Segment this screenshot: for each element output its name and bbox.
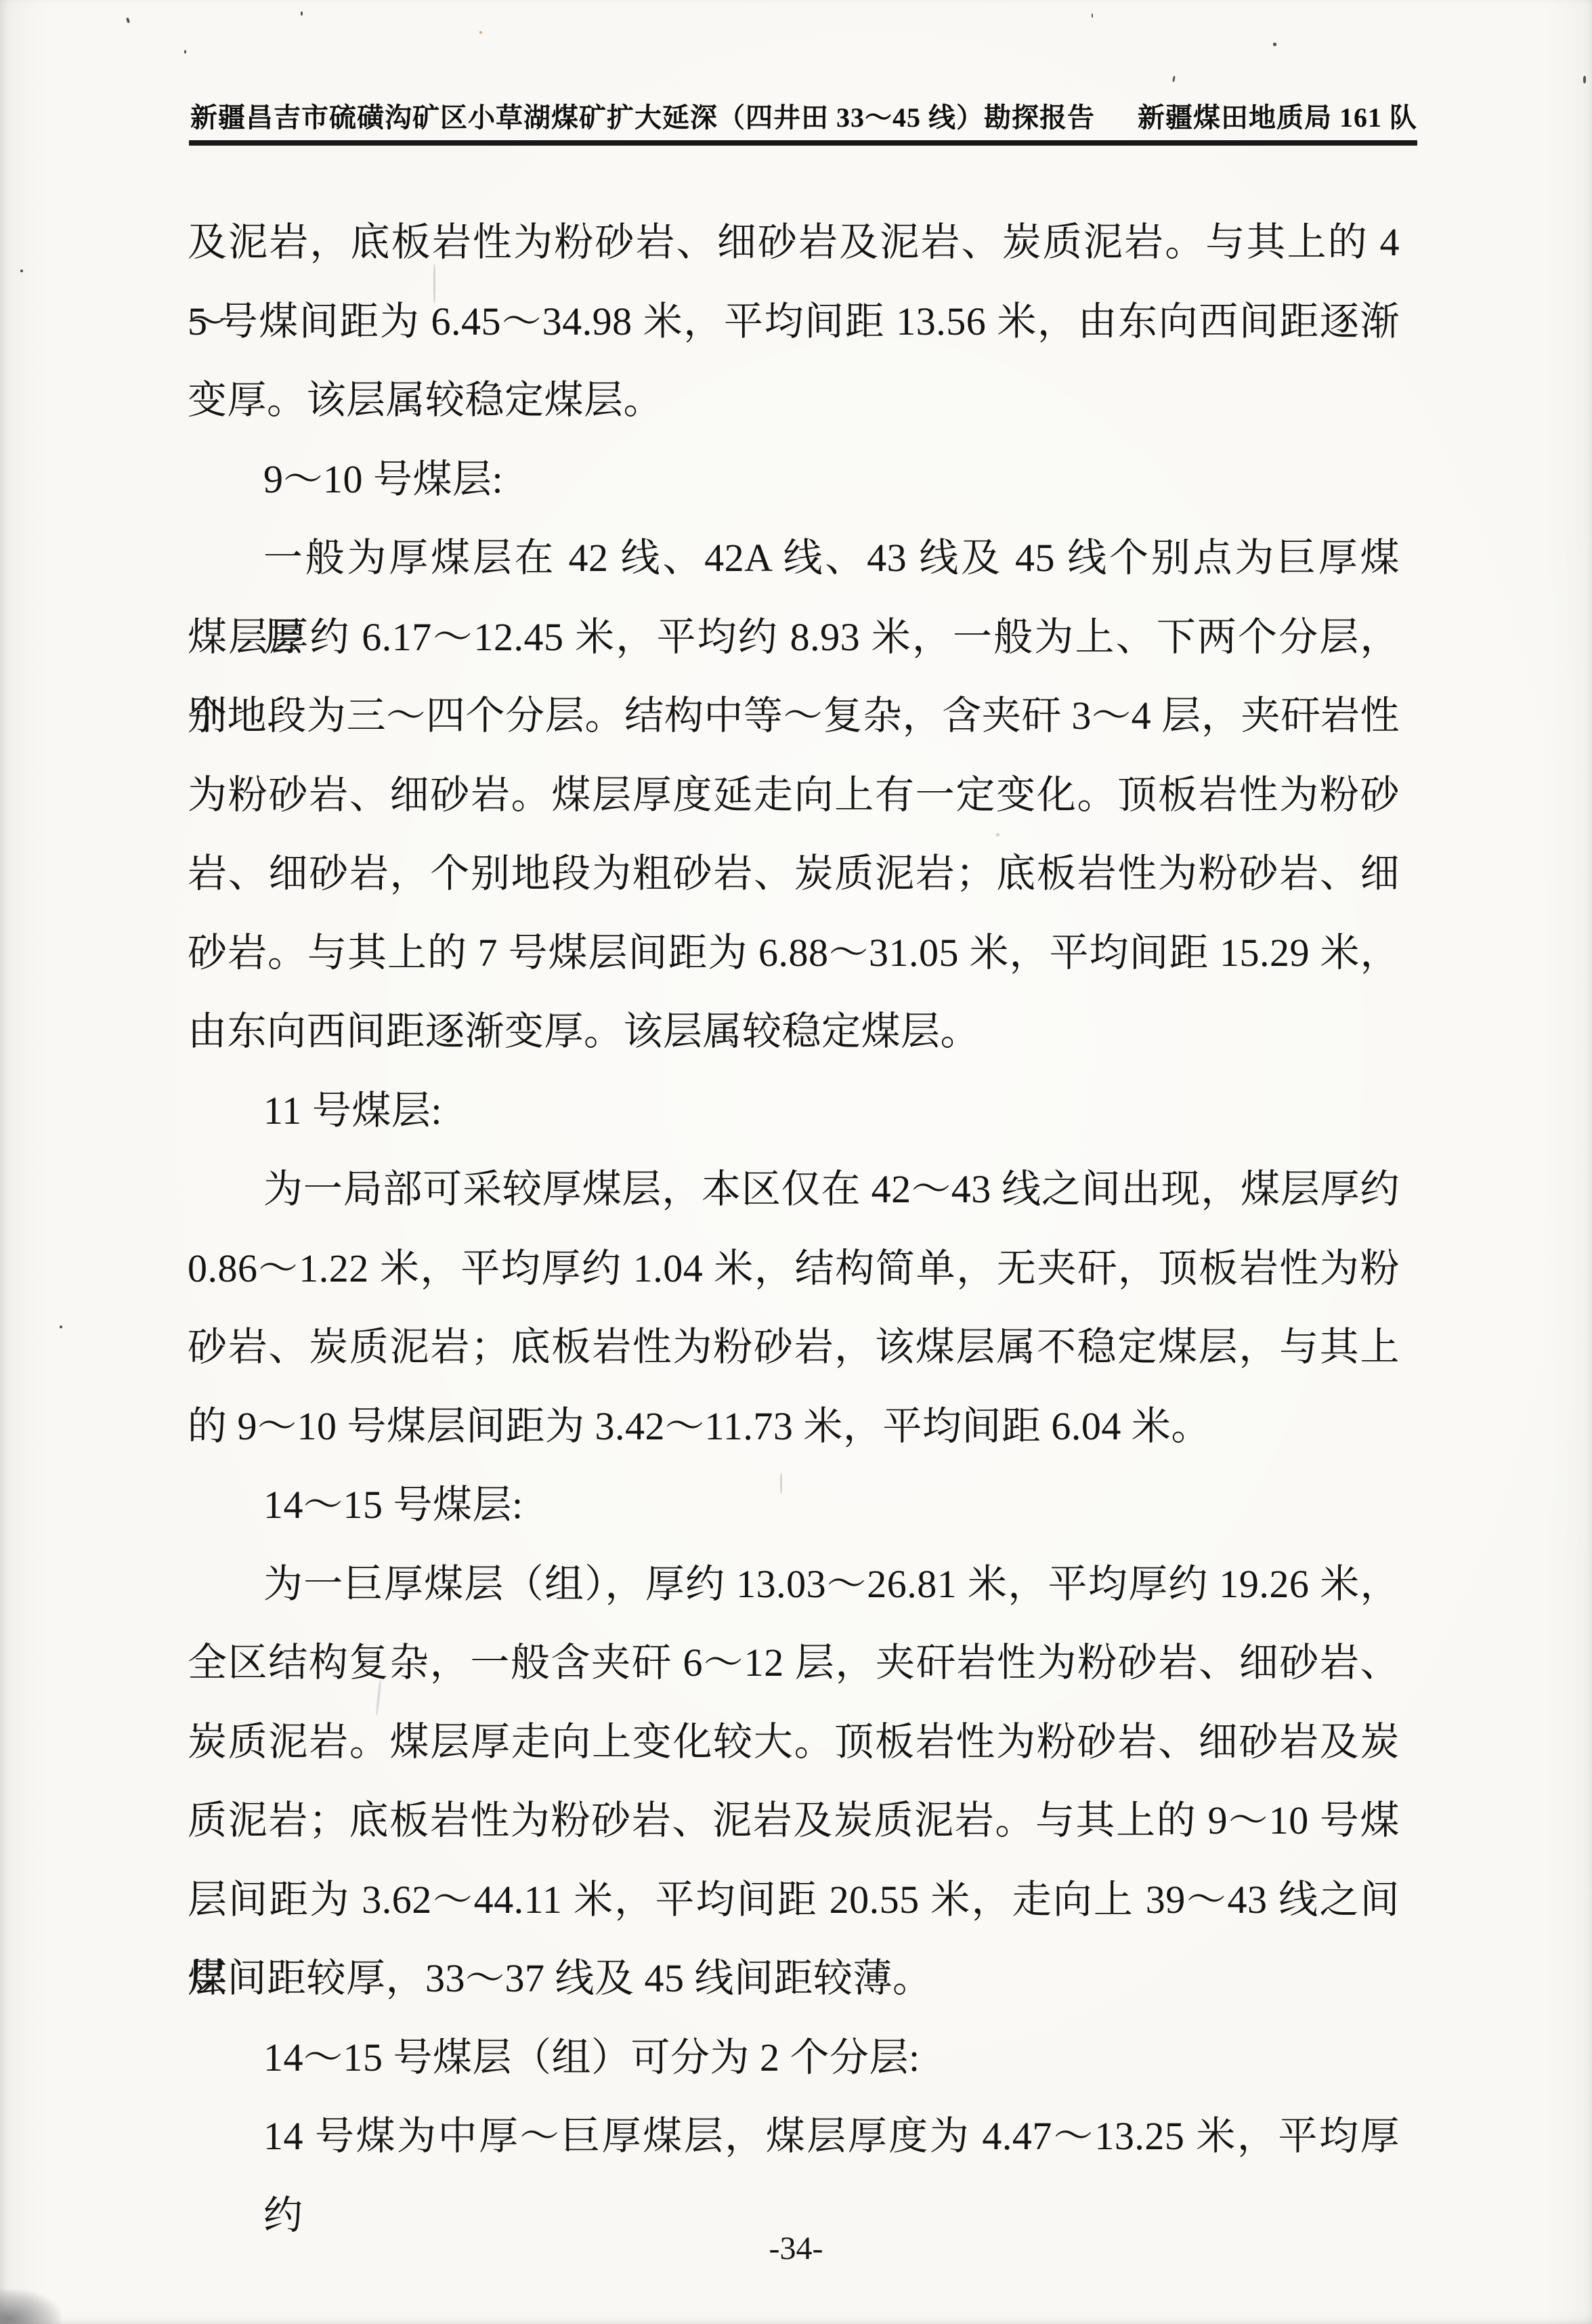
scan-speck (996, 833, 999, 837)
body-line: 岩、细砂岩，个别地段为粗砂岩、炭质泥岩；底板岩性为粉砂岩、细 (188, 834, 1400, 914)
body-line: 砂岩。与其上的 7 号煤层间距为 6.88～31.05 米，平均间距 15.29… (188, 914, 1400, 993)
body-line: 全区结构复杂，一般含夹矸 6～12 层，夹矸岩性为粉砂岩、细砂岩、 (188, 1624, 1400, 1703)
scan-speck (60, 1326, 62, 1328)
body-line: 14 号煤为中厚～巨厚煤层，煤层厚度为 4.47～13.25 米，平均厚约 (188, 2097, 1400, 2176)
body-line: 炭质泥岩。煤层厚走向上变化较大。顶板岩性为粉砂岩、细砂岩及炭 (188, 1703, 1400, 1782)
header-divider (189, 140, 1417, 146)
body-line: 0.86～1.22 米，平均厚约 1.04 米，结构简单，无夹矸，顶板岩性为粉 (188, 1229, 1400, 1309)
scan-speck (1092, 14, 1093, 18)
scan-speck (184, 50, 186, 54)
body-line: 9～10 号煤层: (188, 440, 1400, 520)
body-line: 由东向西间距逐渐变厚。该层属较稳定煤层。 (188, 992, 1400, 1072)
page-header: 新疆昌吉市硫磺沟矿区小草湖煤矿扩大延深（四井田 33～45 线）勘探报告 新疆煤… (190, 100, 1417, 135)
header-organization: 新疆煤田地质局 161 队 (1138, 100, 1417, 135)
scan-streak (433, 264, 435, 303)
body-line: 14～15 号煤层（组）可分为 2 个分层: (188, 2019, 1400, 2098)
body-line: 层间距为 3.62～44.11 米，平均间距 20.55 米，走向上 39～43… (188, 1861, 1400, 1940)
body-line: 变厚。该层属较稳定煤层。 (188, 361, 1400, 440)
page-footer: -34- (0, 2230, 1592, 2268)
body-line: 一般为厚煤层在 42 线、42A 线、43 线及 45 线个别点为巨厚煤层， (188, 519, 1400, 598)
body-line: 层间距较厚，33～37 线及 45 线间距较薄。 (188, 1939, 1400, 2019)
body-line: 及泥岩，底板岩性为粉砂岩、细砂岩及泥岩、炭质泥岩。与其上的 4～ (188, 203, 1400, 282)
body-line: 14～15 号煤层: (188, 1466, 1400, 1545)
body-line: 为粉砂岩、细砂岩。煤层厚度延走向上有一定变化。顶板岩性为粉砂 (188, 756, 1400, 835)
body-line: 煤层厚约 6.17～12.45 米，平均约 8.93 米，一般为上、下两个分层，… (188, 598, 1400, 677)
header-report-title: 新疆昌吉市硫磺沟矿区小草湖煤矿扩大延深（四井田 33～45 线）勘探报告 (190, 100, 1095, 135)
body-line: 5 号煤间距为 6.45～34.98 米，平均间距 13.56 米，由东向西间距… (188, 282, 1400, 362)
scan-smudge (0, 2289, 61, 2324)
body-line: 为一局部可采较厚煤层，本区仅在 42～43 线之间出现，煤层厚约 (188, 1150, 1400, 1229)
body-line: 的 9～10 号煤层间距为 3.42～11.73 米，平均间距 6.04 米。 (188, 1387, 1400, 1466)
scan-speck (1273, 43, 1276, 46)
body-line: 砂岩、炭质泥岩；底板岩性为粉砂岩，该煤层属不稳定煤层，与其上 (188, 1308, 1400, 1387)
scan-speck (20, 270, 23, 272)
scan-speck (1583, 76, 1586, 83)
scan-speck (301, 12, 303, 16)
scan-streak (780, 1473, 782, 1494)
page-number: -34- (769, 2231, 823, 2266)
body-line: 质泥岩；底板岩性为粉砂岩、泥岩及炭质泥岩。与其上的 9～10 号煤 (188, 1781, 1400, 1861)
document-page: 新疆昌吉市硫磺沟矿区小草湖煤矿扩大延深（四井田 33～45 线）勘探报告 新疆煤… (0, 0, 1592, 2324)
document-body: 及泥岩，底板岩性为粉砂岩、细砂岩及泥岩、炭质泥岩。与其上的 4～5 号煤间距为 … (188, 203, 1400, 2176)
scan-speck (126, 18, 130, 24)
body-line: 11 号煤层: (188, 1072, 1400, 1151)
body-line: 别地段为三～四个分层。结构中等～复杂，含夹矸 3～4 层，夹矸岩性 (188, 677, 1400, 756)
scan-speck (479, 31, 482, 34)
scan-speck (1172, 76, 1176, 82)
body-line: 为一巨厚煤层（组），厚约 13.03～26.81 米，平均厚约 19.26 米， (188, 1545, 1400, 1624)
